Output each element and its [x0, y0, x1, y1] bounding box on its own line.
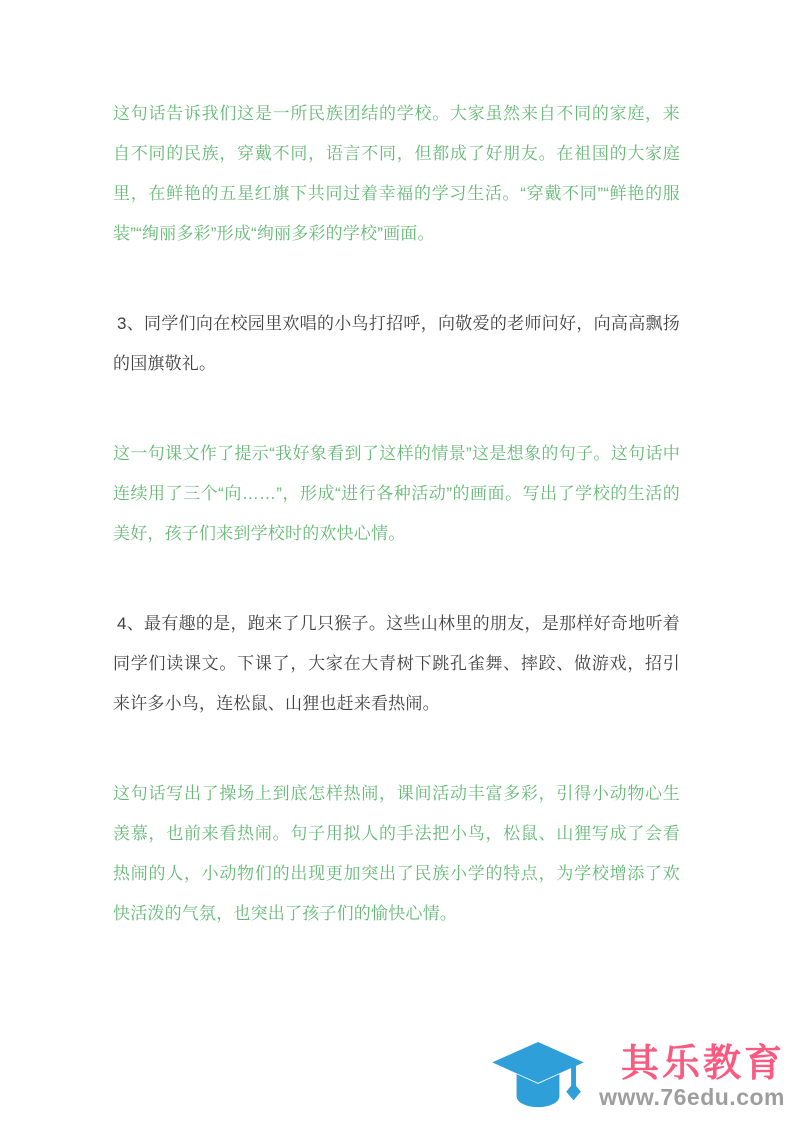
brand-text-block: 其乐教育 www.76edu.com	[599, 1044, 785, 1110]
document-body: 这句话告诉我们这是一所民族团结的学校。大家虽然来自不同的家庭，来自不同的民族，穿…	[113, 94, 680, 984]
paragraph-annotation: 这句话告诉我们这是一所民族团结的学校。大家虽然来自不同的家庭，来自不同的民族，穿…	[113, 94, 680, 254]
site-watermark: 其乐教育 www.76edu.com	[489, 1040, 785, 1114]
paragraph-annotation: 这一句课文作了提示“我好象看到了这样的情景”这是想象的句子。这句话中连续用了三个…	[113, 434, 680, 554]
document-page: 这句话告诉我们这是一所民族团结的学校。大家虽然来自不同的家庭，来自不同的民族，穿…	[0, 0, 793, 1122]
paragraph-question: 4、最有趣的是，跑来了几只猴子。这些山林里的朋友，是那样好奇地听着同学们读课文。…	[113, 604, 680, 724]
brand-url: www.76edu.com	[599, 1084, 785, 1110]
graduation-cap-icon	[489, 1040, 587, 1114]
paragraph-annotation: 这句话写出了操场上到底怎样热闹，课间活动丰富多彩，引得小动物心生羡慕，也前来看热…	[113, 774, 680, 934]
paragraph-question: 3、同学们向在校园里欢唱的小鸟打招呼，向敬爱的老师问好，向高高飘扬的国旗敬礼。	[113, 304, 680, 384]
brand-name: 其乐教育	[621, 1044, 785, 1084]
